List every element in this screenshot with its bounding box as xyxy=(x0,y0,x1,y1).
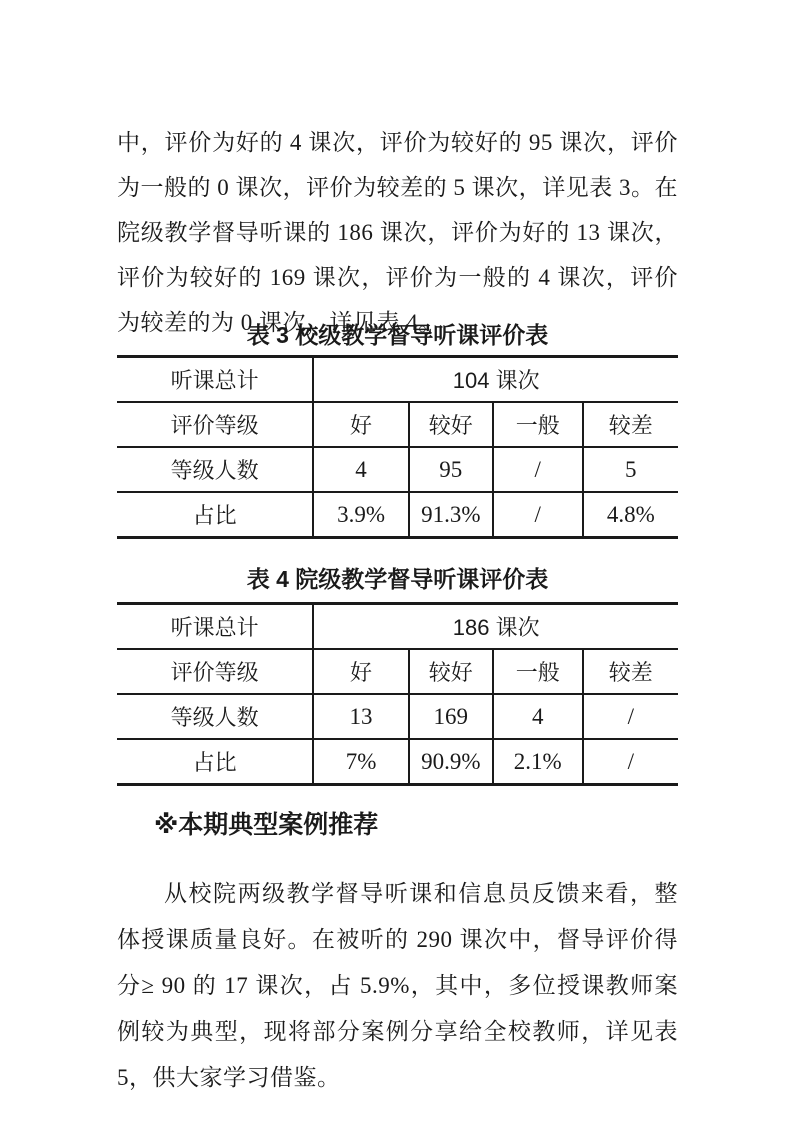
table4-pct-average: 2.1% xyxy=(493,739,583,785)
table3-row-total: 听课总计 104 课次 xyxy=(117,357,678,403)
table4-row-pcts: 占比 7% 90.9% 2.1% / xyxy=(117,739,678,785)
table3-count-good: 4 xyxy=(313,447,408,492)
table3-pct-label: 占比 xyxy=(117,492,313,538)
table4-grade-good: 好 xyxy=(313,649,408,694)
table4-count-better: 169 xyxy=(409,694,493,739)
table4-grade-average: 一般 xyxy=(493,649,583,694)
table3-pct-better: 91.3% xyxy=(409,492,493,538)
table4-count-label: 等级人数 xyxy=(117,694,313,739)
cases-section-heading: ※本期典型案例推荐 xyxy=(154,810,378,840)
table4-pct-better: 90.9% xyxy=(409,739,493,785)
table3: 听课总计 104 课次 评价等级 好 较好 一般 较差 等级人数 4 95 / … xyxy=(117,355,678,539)
table4-row-counts: 等级人数 13 169 4 / xyxy=(117,694,678,739)
document-page: 中，评价为好的 4 课次，评价为较好的 95 课次，评价为一般的 0 课次，评价… xyxy=(0,0,793,1122)
table4-count-poor: / xyxy=(583,694,678,739)
table3-title: 表 3 校级教学督导听课评价表 xyxy=(117,318,678,353)
table4-title: 表 4 院级教学督导听课评价表 xyxy=(117,562,678,597)
table3-count-better: 95 xyxy=(409,447,493,492)
table3-grade-label: 评价等级 xyxy=(117,402,313,447)
table4-row-grades: 评价等级 好 较好 一般 较差 xyxy=(117,649,678,694)
table3-row-grades: 评价等级 好 较好 一般 较差 xyxy=(117,402,678,447)
table3-count-label: 等级人数 xyxy=(117,447,313,492)
table3-pct-good: 3.9% xyxy=(313,492,408,538)
table4-count-average: 4 xyxy=(493,694,583,739)
table3-pct-average: / xyxy=(493,492,583,538)
table4: 听课总计 186 课次 评价等级 好 较好 一般 较差 等级人数 13 169 … xyxy=(117,602,678,786)
table3-grade-poor: 较差 xyxy=(583,402,678,447)
table4-count-good: 13 xyxy=(313,694,408,739)
table4-pct-poor: / xyxy=(583,739,678,785)
table3-pct-poor: 4.8% xyxy=(583,492,678,538)
table3-count-poor: 5 xyxy=(583,447,678,492)
table3-row-counts: 等级人数 4 95 / 5 xyxy=(117,447,678,492)
table4-pct-label: 占比 xyxy=(117,739,313,785)
table3-count-average: / xyxy=(493,447,583,492)
table4-grade-poor: 较差 xyxy=(583,649,678,694)
cases-paragraph: 从校院两级教学督导听课和信息员反馈来看，整体授课质量良好。在被听的 290 课次… xyxy=(117,871,678,1101)
table3-total-label: 听课总计 xyxy=(117,357,313,403)
page-content: 中，评价为好的 4 课次，评价为较好的 95 课次，评价为一般的 0 课次，评价… xyxy=(117,0,678,1122)
table4-grade-label: 评价等级 xyxy=(117,649,313,694)
table3-grade-good: 好 xyxy=(313,402,408,447)
table3-grade-better: 较好 xyxy=(409,402,493,447)
table3-row-pcts: 占比 3.9% 91.3% / 4.8% xyxy=(117,492,678,538)
table4-row-total: 听课总计 186 课次 xyxy=(117,604,678,650)
table4-grade-better: 较好 xyxy=(409,649,493,694)
table4-pct-good: 7% xyxy=(313,739,408,785)
intro-paragraph: 中，评价为好的 4 课次，评价为较好的 95 课次，评价为一般的 0 课次，评价… xyxy=(117,120,678,345)
table4-total-label: 听课总计 xyxy=(117,604,313,650)
table3-total-value: 104 课次 xyxy=(313,357,678,403)
table3-grade-average: 一般 xyxy=(493,402,583,447)
table4-total-value: 186 课次 xyxy=(313,604,678,650)
